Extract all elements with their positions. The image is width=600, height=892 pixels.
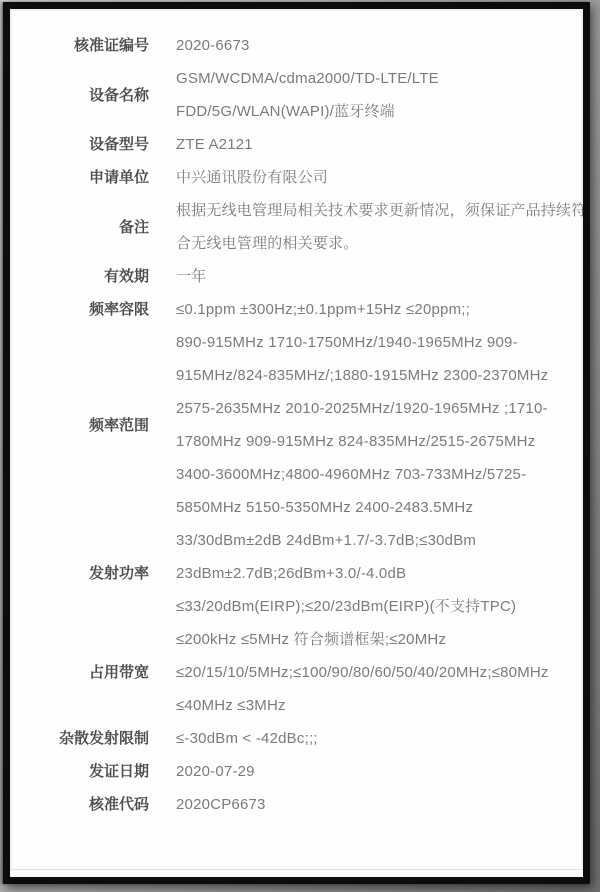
value-line: 根据无线电管理局相关技术要求更新情况，须保证产品持续符	[176, 194, 583, 227]
row-label: 发射功率	[10, 557, 149, 590]
row-label: 申请单位	[10, 161, 149, 194]
value-line: ≤-30dBm < -42dBc;;;	[176, 722, 318, 755]
row-value: 890-915MHz 1710-1750MHz/1940-1965MHz 909…	[176, 326, 548, 524]
row-value: ≤200kHz ≤5MHz 符合频谱框架;≤20MHz≤20/15/10/5MH…	[176, 623, 549, 722]
row-label: 占用带宽	[10, 656, 149, 689]
row-value: GSM/WCDMA/cdma2000/TD-LTE/LTEFDD/5G/WLAN…	[176, 62, 439, 128]
value-line: ≤20/15/10/5MHz;≤100/90/80/60/50/40/20MHz…	[176, 656, 549, 689]
value-line: 合无线电管理的相关要求。	[176, 227, 583, 260]
row-label: 设备名称	[10, 79, 149, 112]
row-value: 2020-6673	[176, 29, 250, 62]
value-line: 2020-6673	[176, 29, 250, 62]
table-row: 发射功率 33/30dBm±2dB 24dBm+1.7/-3.7dB;≤30dB…	[10, 524, 583, 623]
value-line: 23dBm±2.7dB;26dBm+3.0/-4.0dB	[176, 557, 516, 590]
table-row: 有效期 一年	[10, 260, 583, 293]
approval-table: 核准证编号 2020-6673 设备名称 GSM/WCDMA/cdma2000/…	[10, 9, 583, 821]
value-line: 3400-3600MHz;4800-4960MHz 703-733MHz/572…	[176, 458, 548, 491]
row-label: 有效期	[10, 260, 149, 293]
row-label: 核准证编号	[10, 29, 149, 62]
value-line: 2020CP6673	[176, 788, 266, 821]
row-value: 根据无线电管理局相关技术要求更新情况，须保证产品持续符合无线电管理的相关要求。	[176, 194, 583, 260]
value-line: 33/30dBm±2dB 24dBm+1.7/-3.7dB;≤30dBm	[176, 524, 516, 557]
value-line: 1780MHz 909-915MHz 824-835MHz/2515-2675M…	[176, 425, 548, 458]
value-line: 一年	[176, 260, 206, 293]
row-label: 频率范围	[10, 409, 149, 442]
row-label: 核准代码	[10, 788, 149, 821]
footer-strip	[10, 869, 583, 877]
value-line: 890-915MHz 1710-1750MHz/1940-1965MHz 909…	[176, 326, 548, 359]
value-line: ≤200kHz ≤5MHz 符合频谱框架;≤20MHz	[176, 623, 549, 656]
value-line: ZTE A2121	[176, 128, 253, 161]
table-row: 申请单位 中兴通讯股份有限公司	[10, 161, 583, 194]
value-line: 2575-2635MHz 2010-2025MHz/1920-1965MHz ;…	[176, 392, 548, 425]
table-row: 杂散发射限制 ≤-30dBm < -42dBc;;;	[10, 722, 583, 755]
value-line: ≤40MHz ≤3MHz	[176, 689, 549, 722]
row-label: 频率容限	[10, 293, 149, 326]
table-row: 占用带宽 ≤200kHz ≤5MHz 符合频谱框架;≤20MHz≤20/15/1…	[10, 623, 583, 722]
row-value: 2020-07-29	[176, 755, 255, 788]
card-inner: 核准证编号 2020-6673 设备名称 GSM/WCDMA/cdma2000/…	[10, 9, 583, 877]
table-row: 设备型号 ZTE A2121	[10, 128, 583, 161]
row-value: ≤-30dBm < -42dBc;;;	[176, 722, 318, 755]
table-row: 核准代码 2020CP6673	[10, 788, 583, 821]
row-label: 备注	[10, 211, 149, 244]
table-row: 发证日期 2020-07-29	[10, 755, 583, 788]
value-line: FDD/5G/WLAN(WAPI)/蓝牙终端	[176, 95, 439, 128]
row-value: 2020CP6673	[176, 788, 266, 821]
table-row: 频率范围 890-915MHz 1710-1750MHz/1940-1965MH…	[10, 326, 583, 524]
value-line: ≤0.1ppm ±300Hz;±0.1ppm+15Hz ≤20ppm;;	[176, 293, 470, 326]
certificate-card: 核准证编号 2020-6673 设备名称 GSM/WCDMA/cdma2000/…	[3, 2, 590, 884]
row-value: 中兴通讯股份有限公司	[176, 161, 328, 194]
row-value: 33/30dBm±2dB 24dBm+1.7/-3.7dB;≤30dBm23dB…	[176, 524, 516, 623]
row-value: 一年	[176, 260, 206, 293]
row-label: 发证日期	[10, 755, 149, 788]
row-label: 杂散发射限制	[10, 722, 149, 755]
table-row: 核准证编号 2020-6673	[10, 29, 583, 62]
value-line: 915MHz/824-835MHz/;1880-1915MHz 2300-237…	[176, 359, 548, 392]
value-line: 5850MHz 5150-5350MHz 2400-2483.5MHz	[176, 491, 548, 524]
table-row: 频率容限 ≤0.1ppm ±300Hz;±0.1ppm+15Hz ≤20ppm;…	[10, 293, 583, 326]
table-row: 设备名称 GSM/WCDMA/cdma2000/TD-LTE/LTEFDD/5G…	[10, 62, 583, 128]
table-row: 备注 根据无线电管理局相关技术要求更新情况，须保证产品持续符合无线电管理的相关要…	[10, 194, 583, 260]
row-value: ≤0.1ppm ±300Hz;±0.1ppm+15Hz ≤20ppm;;	[176, 293, 470, 326]
row-value: ZTE A2121	[176, 128, 253, 161]
value-line: 2020-07-29	[176, 755, 255, 788]
value-line: ≤33/20dBm(EIRP);≤20/23dBm(EIRP)(不支持TPC)	[176, 590, 516, 623]
row-label: 设备型号	[10, 128, 149, 161]
value-line: GSM/WCDMA/cdma2000/TD-LTE/LTE	[176, 62, 439, 95]
value-line: 中兴通讯股份有限公司	[176, 161, 328, 194]
